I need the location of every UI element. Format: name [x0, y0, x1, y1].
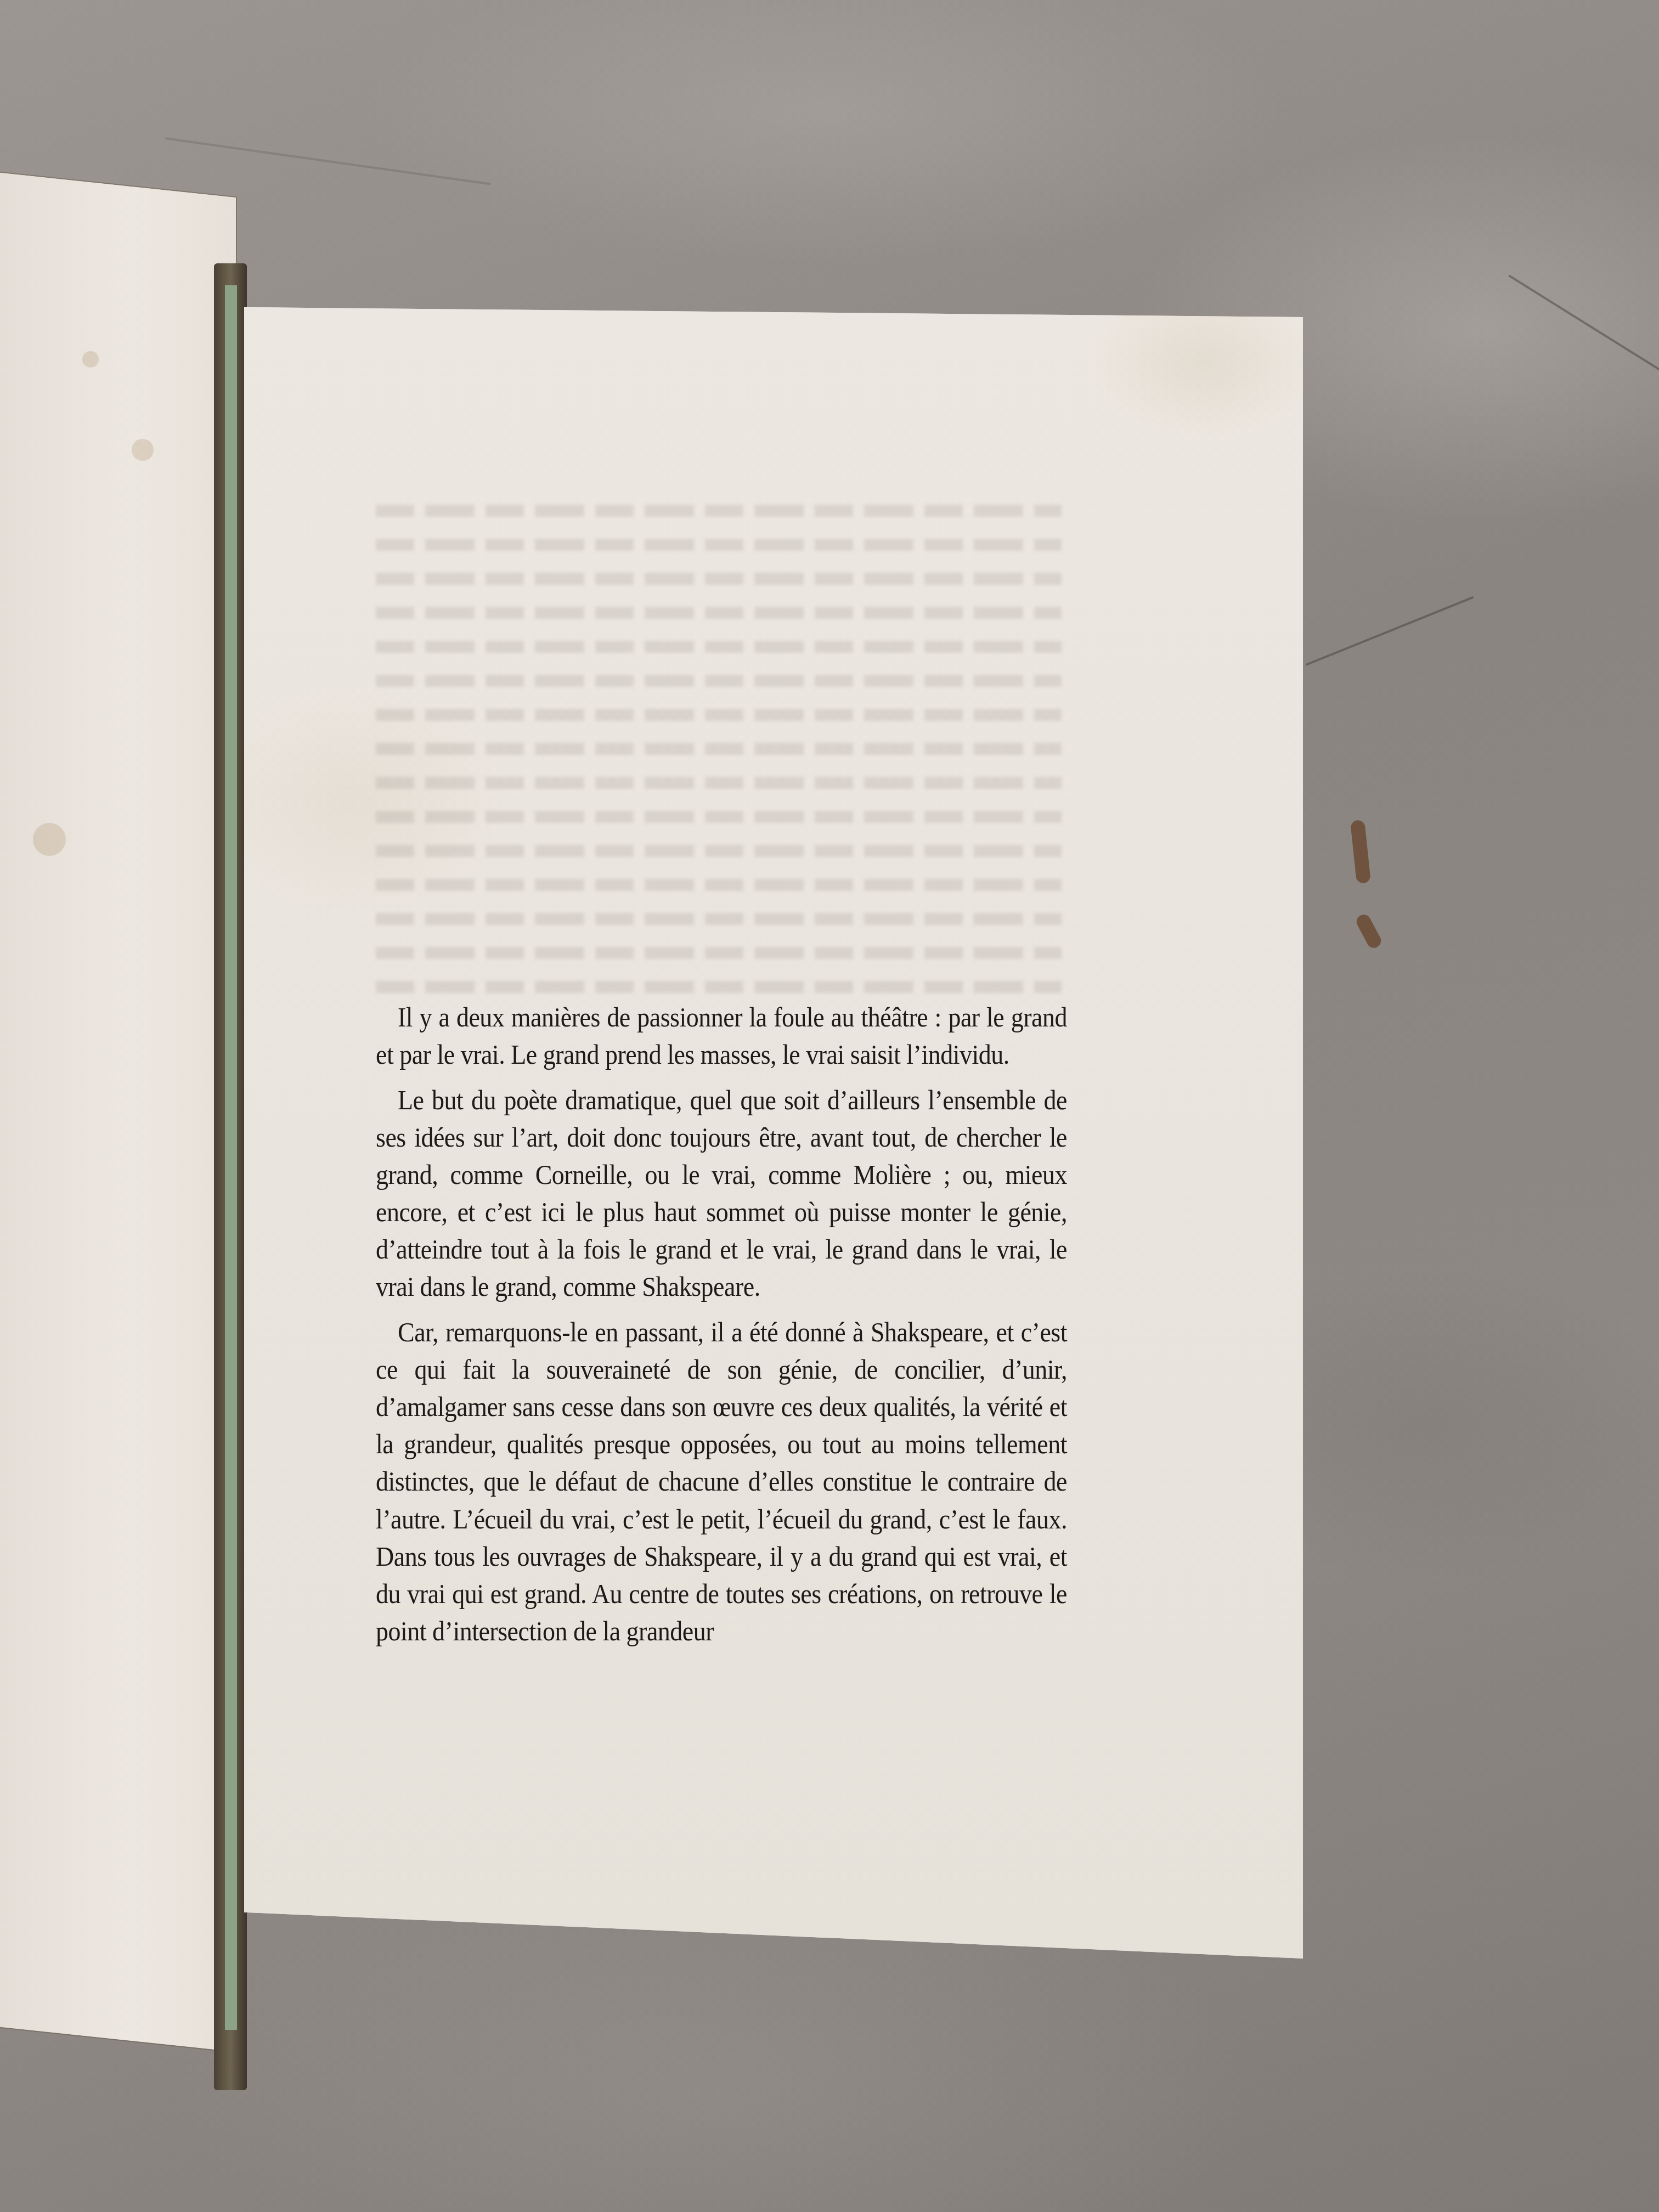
page-text: Il y a deux manières de passionner la fo… [376, 998, 1067, 1658]
marble-vein [165, 137, 491, 185]
left-flyleaf [0, 171, 236, 2052]
marble-vein [1305, 596, 1474, 666]
foxing-spot [33, 823, 66, 856]
foxing-spot [82, 351, 99, 368]
surface-stain [1354, 912, 1383, 951]
paragraph-1: Il y a deux manières de passionner la fo… [376, 998, 1067, 1073]
surface-stain [1350, 820, 1371, 884]
bleed-through-text [376, 505, 1062, 1053]
paragraph-2: Le but du poète dramatique, quel que soi… [376, 1081, 1067, 1305]
green-spine-strip [225, 285, 237, 2030]
book-page: Il y a deux manières de passionner la fo… [244, 307, 1303, 1959]
foxing-spot [132, 439, 154, 461]
paragraph-3: Car, remarquons-le en passant, il a été … [376, 1314, 1067, 1650]
marble-vein [1508, 274, 1659, 398]
